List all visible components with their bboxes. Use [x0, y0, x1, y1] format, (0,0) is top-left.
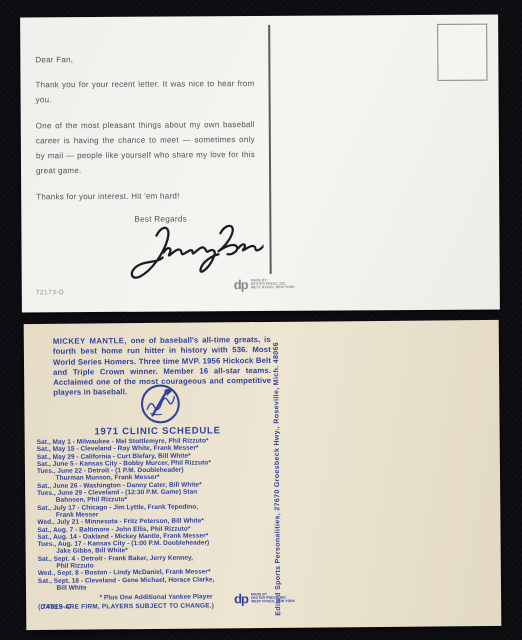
card-serial-number: 72173-D: [36, 289, 64, 296]
bio-lead-name: MICKEY MANTLE,: [53, 336, 127, 346]
card-serial-number: 74819-C: [42, 604, 71, 611]
photo-background: Dear Fan, Thank you for your recent lett…: [0, 0, 522, 640]
publisher-vertical-text: Edited Sports Personalities, 27670 Groes…: [273, 338, 285, 620]
johnny-bench-postcard: Dear Fan, Thank you for your recent lett…: [20, 15, 500, 313]
letter-paragraph: One of the most pleasant things about my…: [36, 117, 255, 178]
yankees-circle-logo-icon: [139, 383, 181, 425]
printer-address-line: WEST NYACK, NEW YORK: [251, 286, 295, 290]
clinic-schedule: Sat., May 1 - Milwaukee - Mel Stottlemyr…: [37, 437, 288, 611]
johnny-bench-signature: [113, 219, 263, 282]
postcard-divider-line: [268, 25, 271, 274]
letter-salutation: Dear Fan,: [35, 54, 254, 64]
dexter-press-dp-logo: dp: [234, 279, 248, 290]
fan-letter: Dear Fan, Thank you for your recent lett…: [35, 54, 255, 224]
stamp-box: [437, 24, 487, 81]
printer-address-line: WEST NYACK, NEW YORK: [251, 600, 295, 604]
dexter-press-dp-logo: dp: [234, 593, 248, 604]
schedule-line: Bill White: [38, 583, 288, 592]
printer-address: MADE BYDEXTER PRESS, INC.WEST NYACK, NEW…: [251, 279, 295, 290]
letter-paragraph: Thanks for your interest. Hit 'em hard!: [36, 188, 255, 204]
dexter-press-imprint: dp MADE BYDEXTER PRESS, INC.WEST NYACK, …: [234, 279, 327, 298]
letter-paragraph: Thank you for your recent letter. It was…: [35, 76, 254, 107]
schedule-lines: Sat., May 1 - Milwaukee - Mel Stottlemyr…: [37, 437, 288, 592]
schedule-title: 1971 CLINIC SCHEDULE: [35, 425, 281, 438]
printer-address: MADE BYDEXTER PRESS, INC.WEST NYACK, NEW…: [251, 593, 295, 604]
letter-body: Thank you for your recent letter. It was…: [35, 76, 255, 204]
mickey-mantle-postcard: MICKEY MANTLE, one of baseball's all-tim…: [24, 320, 502, 630]
